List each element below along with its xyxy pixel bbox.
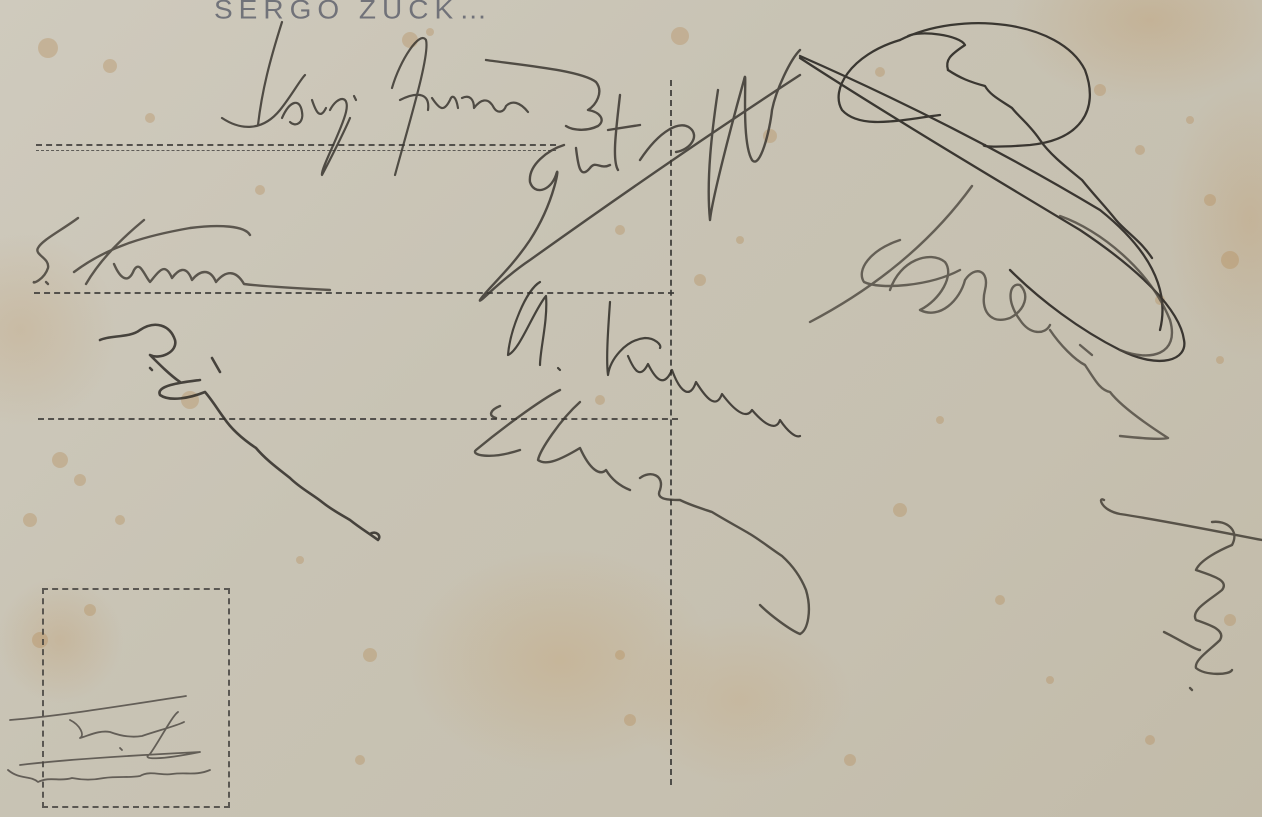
signature-ilexy (1101, 499, 1262, 690)
postcard-back: SERGO ZUCK… (0, 0, 1262, 817)
signature-r-ori (100, 325, 379, 540)
signature-encircled (800, 23, 1184, 361)
signature-a-vi (508, 282, 800, 436)
signature-gutopp (480, 50, 800, 301)
signature-stamp-box (8, 696, 210, 782)
signature-serge (222, 22, 528, 175)
signature-s-vi (34, 218, 330, 290)
signature-lludova (475, 390, 809, 634)
signatures-layer (0, 0, 1262, 817)
